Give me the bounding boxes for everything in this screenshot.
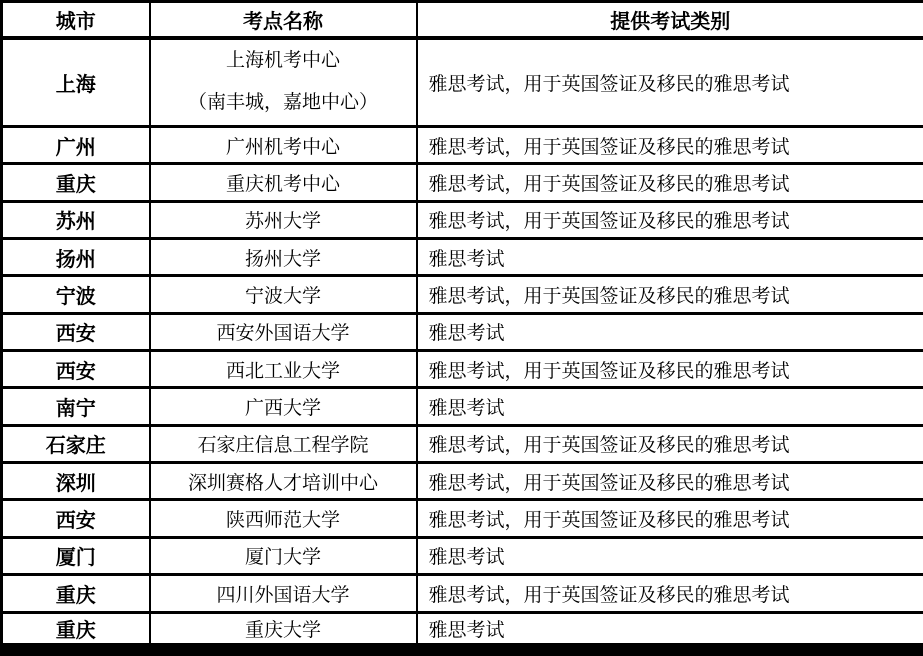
center-cell: 四川外国语大学 (150, 575, 417, 612)
categories-cell: 雅思考试 (417, 238, 923, 275)
categories-cell: 雅思考试，用于英国签证及移民的雅思考试 (417, 276, 923, 313)
center-cell: 宁波大学 (150, 276, 417, 313)
center-cell: 广州机考中心 (150, 126, 417, 163)
center-cell: 陕西师范大学 (150, 500, 417, 537)
table-body: 上海 上海机考中心 （南丰城，嘉地中心） 雅思考试，用于英国签证及移民的雅思考试… (2, 38, 923, 650)
categories-cell: 雅思考试，用于英国签证及移民的雅思考试 (417, 351, 923, 388)
header-city: 城市 (2, 2, 150, 38)
city-cell: 重庆 (2, 164, 150, 201)
table-row: 西安 西安外国语大学 雅思考试 (2, 313, 923, 350)
table-row: 重庆 重庆大学 雅思考试 (2, 612, 923, 649)
center-cell: 西北工业大学 (150, 351, 417, 388)
center-name-line: 上海机考中心 (151, 40, 416, 82)
center-cell: 扬州大学 (150, 238, 417, 275)
categories-cell: 雅思考试，用于英国签证及移民的雅思考试 (417, 201, 923, 238)
center-cell: 上海机考中心 （南丰城，嘉地中心） (150, 38, 417, 127)
city-cell: 厦门 (2, 537, 150, 574)
city-cell: 西安 (2, 500, 150, 537)
city-cell: 重庆 (2, 575, 150, 612)
header-categories: 提供考试类别 (417, 2, 923, 38)
categories-cell: 雅思考试，用于英国签证及移民的雅思考试 (417, 425, 923, 462)
center-cell: 石家庄信息工程学院 (150, 425, 417, 462)
categories-cell: 雅思考试，用于英国签证及移民的雅思考试 (417, 126, 923, 163)
city-cell: 扬州 (2, 238, 150, 275)
table-row: 苏州 苏州大学 雅思考试，用于英国签证及移民的雅思考试 (2, 201, 923, 238)
table-row: 石家庄 石家庄信息工程学院 雅思考试，用于英国签证及移民的雅思考试 (2, 425, 923, 462)
table-row: 重庆 重庆机考中心 雅思考试，用于英国签证及移民的雅思考试 (2, 164, 923, 201)
city-cell: 广州 (2, 126, 150, 163)
city-cell: 宁波 (2, 276, 150, 313)
categories-cell: 雅思考试，用于英国签证及移民的雅思考试 (417, 575, 923, 612)
exam-centers-table: 城市 考点名称 提供考试类别 上海 上海机考中心 （南丰城，嘉地中心） 雅思考试… (0, 0, 923, 656)
city-cell: 西安 (2, 351, 150, 388)
table-row: 上海 上海机考中心 （南丰城，嘉地中心） 雅思考试，用于英国签证及移民的雅思考试 (2, 38, 923, 127)
categories-cell: 雅思考试 (417, 612, 923, 649)
categories-cell: 雅思考试 (417, 313, 923, 350)
city-cell: 苏州 (2, 201, 150, 238)
center-cell: 西安外国语大学 (150, 313, 417, 350)
center-cell: 深圳赛格人才培训中心 (150, 463, 417, 500)
table-row: 厦门 厦门大学 雅思考试 (2, 537, 923, 574)
table-row: 广州 广州机考中心 雅思考试，用于英国签证及移民的雅思考试 (2, 126, 923, 163)
center-name-line: （南丰城，嘉地中心） (151, 82, 416, 124)
center-cell: 广西大学 (150, 388, 417, 425)
table-row: 西安 西北工业大学 雅思考试，用于英国签证及移民的雅思考试 (2, 351, 923, 388)
categories-cell: 雅思考试，用于英国签证及移民的雅思考试 (417, 164, 923, 201)
city-cell: 重庆 (2, 612, 150, 649)
table-header: 城市 考点名称 提供考试类别 (2, 2, 923, 38)
city-cell: 深圳 (2, 463, 150, 500)
categories-cell: 雅思考试 (417, 537, 923, 574)
table-row: 深圳 深圳赛格人才培训中心 雅思考试，用于英国签证及移民的雅思考试 (2, 463, 923, 500)
center-cell: 苏州大学 (150, 201, 417, 238)
header-center-name: 考点名称 (150, 2, 417, 38)
center-cell: 厦门大学 (150, 537, 417, 574)
center-cell: 重庆大学 (150, 612, 417, 649)
categories-cell: 雅思考试，用于英国签证及移民的雅思考试 (417, 38, 923, 127)
city-cell: 石家庄 (2, 425, 150, 462)
table-row: 重庆 四川外国语大学 雅思考试，用于英国签证及移民的雅思考试 (2, 575, 923, 612)
table-row: 西安 陕西师范大学 雅思考试，用于英国签证及移民的雅思考试 (2, 500, 923, 537)
table-row: 南宁 广西大学 雅思考试 (2, 388, 923, 425)
categories-cell: 雅思考试 (417, 388, 923, 425)
city-cell: 南宁 (2, 388, 150, 425)
center-cell: 重庆机考中心 (150, 164, 417, 201)
city-cell: 上海 (2, 38, 150, 127)
table-row: 宁波 宁波大学 雅思考试，用于英国签证及移民的雅思考试 (2, 276, 923, 313)
categories-cell: 雅思考试，用于英国签证及移民的雅思考试 (417, 463, 923, 500)
header-row: 城市 考点名称 提供考试类别 (2, 2, 923, 38)
city-cell: 西安 (2, 313, 150, 350)
page: 城市 考点名称 提供考试类别 上海 上海机考中心 （南丰城，嘉地中心） 雅思考试… (0, 0, 923, 656)
table-row: 扬州 扬州大学 雅思考试 (2, 238, 923, 275)
categories-cell: 雅思考试，用于英国签证及移民的雅思考试 (417, 500, 923, 537)
